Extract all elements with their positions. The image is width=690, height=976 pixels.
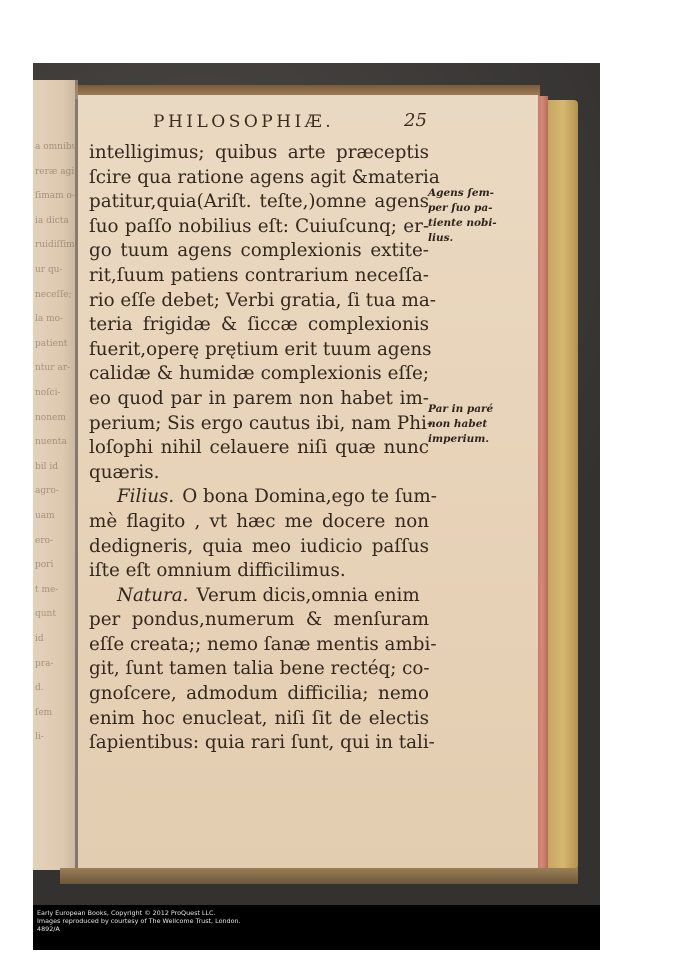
line-text: dedigneris, quia meo iudicio paſſus: [89, 535, 429, 560]
line-text: loſophi nihil celauere niſi quæ nunc: [89, 436, 429, 461]
red-page-edge: [538, 96, 548, 871]
left-page-bleed-text: d.: [35, 683, 75, 693]
line-text: eſſe creata;; nemo ſanæ mentis ambi-: [89, 633, 429, 658]
left-page-bleed-text: qunt: [35, 609, 75, 619]
text-line: mè flagito , vt hæc me docere non: [89, 510, 429, 535]
margin-note-line: Agens ſem-: [428, 186, 497, 201]
left-page-bleed-text: reræ agi-: [35, 167, 75, 177]
left-page-bleed-text: ruidiſſim: [35, 240, 75, 250]
line-text: teria frigidæ & ſiccæ complexionis: [89, 313, 429, 338]
line-text: fuerit,operę prętium erit tuum agens: [89, 338, 429, 363]
page-number: 25: [404, 110, 427, 131]
text-line: perium; Sis ergo cautus ibi, nam Phi-: [89, 412, 429, 437]
margin-note-agens: Agens ſem-per ſuo pa-tiente nobi-lius.: [428, 186, 497, 246]
left-page-bleed-text: ſimam o-: [35, 191, 75, 201]
text-line: rit,ſuum patiens contrarium neceſſa-: [89, 264, 429, 289]
margin-note-line: tiente nobi-: [428, 216, 497, 231]
left-page-bleed-text: ia dicta: [35, 216, 75, 226]
footer-shelfmark: 4892/A: [37, 925, 600, 933]
line-text: enim hoc enucleat, niſi ſit de electis: [89, 707, 429, 732]
text-line: enim hoc enucleat, niſi ſit de electis: [89, 707, 429, 732]
left-page-bleed-text: la mo-: [35, 314, 75, 324]
left-page-bleed-text: li-: [35, 732, 75, 742]
text-line: git, ſunt tamen talia bene rectéq; co-: [89, 657, 429, 682]
left-page-bleed-text: nonem: [35, 413, 75, 423]
line-text: go tuum agens complexionis extite-: [89, 239, 429, 264]
left-page-bleed-text: nuenta: [35, 437, 75, 447]
margin-note-line: lius.: [428, 231, 497, 246]
text-line: patitur,quia(Ariſt. teſte,)omne agens: [89, 190, 429, 215]
left-page-bleed-text: ero-: [35, 536, 75, 546]
line-text: git, ſunt tamen talia bene rectéq; co-: [89, 657, 429, 682]
running-head: PHILOSOPHIÆ.: [153, 112, 334, 132]
text-line: go tuum agens complexionis extite-: [89, 239, 429, 264]
line-text: gnoſcere, admodum difficilia; nemo: [89, 682, 429, 707]
book-bottom-board: [60, 868, 578, 884]
text-line: calidæ & humidæ complexionis eſſe;: [89, 362, 429, 387]
book-cover-edge: [548, 100, 578, 870]
text-line: ſapientibus: quia rari ſunt, qui in tali…: [89, 731, 429, 756]
margin-note-line: imperium.: [428, 432, 493, 447]
left-page-bleed-text: a omnibus: [35, 142, 75, 152]
text-line: Filius.O bona Domina,ego te ſum-: [89, 485, 429, 510]
text-line: eſſe creata;; nemo ſanæ mentis ambi-: [89, 633, 429, 658]
text-line: Natura.Verum dicis,omnia enim: [89, 584, 429, 609]
line-text: ſcire qua ratione agens agit &materia: [89, 166, 429, 191]
line-text: per pondus,numerum & menſuram: [89, 608, 429, 633]
left-page-bleed-text: pra-: [35, 659, 75, 669]
text-line: teria frigidæ & ſiccæ complexionis: [89, 313, 429, 338]
left-page-edge: a omnibusreræ agi-ſimam o-ia dictaruidiſ…: [33, 80, 75, 870]
margin-note-line: Par in paré: [428, 402, 493, 417]
text-line: loſophi nihil celauere niſi quæ nunc: [89, 436, 429, 461]
line-text: ſapientibus: quia rari ſunt, qui in tali…: [89, 731, 429, 756]
speaker-label: Natura.: [117, 584, 188, 609]
text-line: intelligimus; quibus arte præceptis: [89, 141, 429, 166]
text-line: ſuo paſſo nobilius eſt: Cuiuſcunq; er-: [89, 215, 429, 240]
left-page-bleed-text: ur qu-: [35, 265, 75, 275]
text-line: rio eſſe debet; Verbi gratia, ſi tua ma-: [89, 289, 429, 314]
speaker-label: Filius.: [117, 485, 174, 510]
line-text: patitur,quia(Ariſt. teſte,)omne agens: [89, 190, 429, 215]
text-line: fuerit,operę prętium erit tuum agens: [89, 338, 429, 363]
left-page-bleed-text: id: [35, 634, 75, 644]
text-line: quæris.: [89, 461, 429, 486]
line-text: perium; Sis ergo cautus ibi, nam Phi-: [89, 412, 429, 437]
left-page-bleed-text: noſci-: [35, 388, 75, 398]
line-text: intelligimus; quibus arte præceptis: [89, 141, 429, 166]
footer-courtesy-line: Images reproduced by courtesy of The Wel…: [37, 917, 600, 925]
left-page-bleed-text: neceſſe;: [35, 290, 75, 300]
line-text: rit,ſuum patiens contrarium neceſſa-: [89, 264, 429, 289]
left-page-bleed-text: ſem: [35, 708, 75, 718]
line-text: eo quod par in parem non habet im-: [89, 387, 429, 412]
line-text: Verum dicis,omnia enim: [196, 584, 419, 609]
copyright-footer: Early European Books, Copyright © 2012 P…: [33, 905, 600, 950]
left-page-bleed-text: agro-: [35, 486, 75, 496]
text-line: dedigneris, quia meo iudicio paſſus: [89, 535, 429, 560]
text-line: eo quod par in parem non habet im-: [89, 387, 429, 412]
text-line: gnoſcere, admodum difficilia; nemo: [89, 682, 429, 707]
text-line: iſte eſt omnium difficilimus.: [89, 559, 429, 584]
footer-copyright-line: Early European Books, Copyright © 2012 P…: [37, 909, 600, 917]
left-page-bleed-text: ntur ar-: [35, 363, 75, 373]
main-text-block: intelligimus; quibus arte præceptisſcire…: [89, 141, 429, 756]
line-text: ſuo paſſo nobilius eſt: Cuiuſcunq; er-: [89, 215, 429, 240]
line-text: rio eſſe debet; Verbi gratia, ſi tua ma-: [89, 289, 429, 314]
margin-note-line: per ſuo pa-: [428, 201, 497, 216]
left-page-bleed-text: uam: [35, 511, 75, 521]
line-text: calidæ & humidæ complexionis eſſe;: [89, 362, 429, 387]
text-line: per pondus,numerum & menſuram: [89, 608, 429, 633]
left-page-bleed-text: t me-: [35, 585, 75, 595]
line-text: quæris.: [89, 461, 159, 486]
left-page-bleed-text: patient: [35, 339, 75, 349]
line-text: mè flagito , vt hæc me docere non: [89, 510, 429, 535]
margin-note-line: non habet: [428, 417, 493, 432]
text-line: ſcire qua ratione agens agit &materia: [89, 166, 429, 191]
line-text: iſte eſt omnium difficilimus.: [89, 559, 346, 584]
left-page-bleed-text: pori: [35, 560, 75, 570]
margin-note-par-in-parem: Par in parénon habetimperium.: [428, 402, 493, 447]
line-text: O bona Domina,ego te ſum-: [182, 485, 437, 510]
left-page-bleed-text: bil id: [35, 462, 75, 472]
